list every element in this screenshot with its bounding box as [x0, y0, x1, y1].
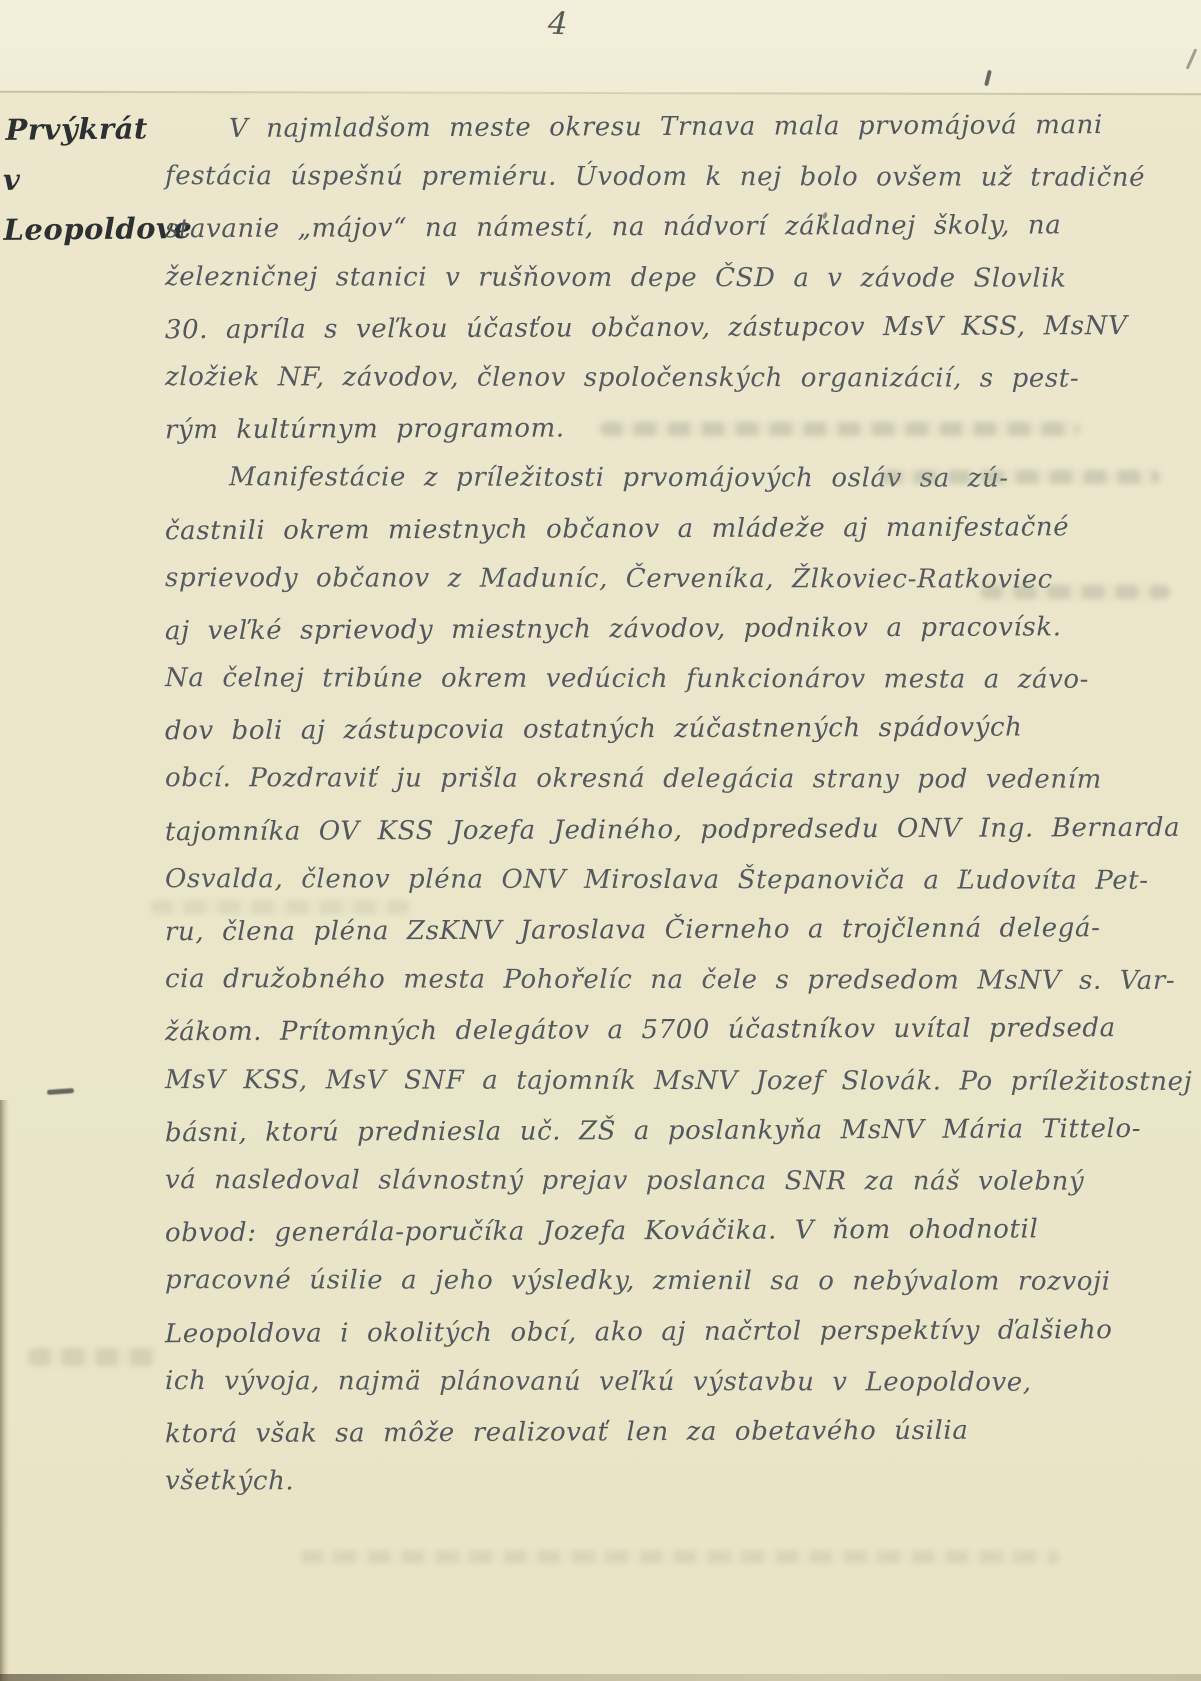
- bleedthrough-smudge: [600, 422, 1080, 436]
- handwritten-line: V najmladšom meste okresu Trnava mala pr…: [165, 110, 1175, 165]
- handwritten-line: tajomníka OV KSS Jozefa Jediného, podpre…: [165, 812, 1175, 867]
- handwritten-line: železničnej stanici v rušňovom depe ČSD …: [165, 262, 1175, 314]
- page-bottom-edge-shadow: [0, 1674, 1201, 1681]
- handwritten-line: dov boli aj zástupcovia ostatných zúčast…: [165, 712, 1175, 767]
- bleedthrough-smudge: [300, 1550, 1060, 1564]
- handwritten-line: rým kultúrnym programom.: [165, 411, 1175, 466]
- handwritten-line: ich vývoja, najmä plánovanú veľkú výstav…: [165, 1366, 1175, 1418]
- handwritten-line: zložiek NF, závodov, členov spoločenskýc…: [165, 362, 1175, 414]
- handwritten-line: pracovné úsilie a jeho výsledky, zmienil…: [165, 1265, 1175, 1317]
- handwritten-line: ru, člena pléna ZsKNV Jaroslava Čierneho…: [165, 913, 1175, 968]
- handwritten-line: žákom. Prítomných delegátov a 5700 účast…: [165, 1013, 1175, 1068]
- ink-smudge-mark: [47, 1088, 74, 1095]
- handwritten-line: vá nasledoval slávnostný prejav poslanca…: [165, 1165, 1175, 1217]
- handwritten-line: MsV KSS, MsV SNF a tajomník MsNV Jozef S…: [165, 1065, 1175, 1117]
- bleedthrough-smudge: [980, 585, 1170, 599]
- page-left-edge-shadow: [0, 1100, 9, 1681]
- handwritten-line: Leopoldova i okolitých obcí, ako aj načr…: [165, 1314, 1175, 1369]
- adjacent-page-edge: [0, 0, 1201, 93]
- handwritten-line: festácia úspešnú premiéru. Úvodom k nej …: [165, 161, 1175, 213]
- handwritten-line: 30. apríla s veľkou účasťou občanov, zás…: [165, 311, 1175, 366]
- chronicle-page: 4 Prvýkrát v Leopoldove V najmladšom mes…: [0, 0, 1201, 1681]
- handwritten-line: všetkých.: [165, 1466, 1175, 1518]
- handwritten-line: aj veľké sprievody miestnych závodov, po…: [165, 612, 1175, 667]
- handwritten-line: stavanie „májov“ na námestí, na nádvorí …: [165, 210, 1175, 265]
- handwritten-line: častnili okrem miestnych občanov a mláde…: [165, 511, 1175, 566]
- handwritten-line: obcí. Pozdraviť ju prišla okresná delegá…: [165, 764, 1175, 816]
- handwritten-line: cia družobného mesta Pohořelíc na čele s…: [165, 964, 1175, 1016]
- handwritten-text-block: V najmladšom meste okresu Trnava mala pr…: [165, 112, 1175, 1517]
- margin-heading-line1: Prvýkrát: [5, 103, 176, 155]
- handwritten-line: Na čelnej tribúne okrem vedúcich funkcio…: [165, 663, 1175, 715]
- handwritten-line: básni, ktorú predniesla uč. ZŠ a poslank…: [165, 1114, 1175, 1169]
- bleedthrough-smudge: [28, 1348, 158, 1366]
- page-number: 4: [547, 6, 568, 43]
- handwritten-line: obvod: generála-poručíka Jozefa Kováčika…: [165, 1214, 1175, 1269]
- bleedthrough-smudge: [150, 900, 410, 914]
- margin-heading-line2: v Leopoldove: [3, 153, 177, 255]
- margin-heading: Prvýkrát v Leopoldove: [5, 103, 177, 255]
- bleedthrough-smudge: [880, 470, 1160, 484]
- handwritten-line: ktorá však sa môže realizovať len za obe…: [165, 1415, 1175, 1470]
